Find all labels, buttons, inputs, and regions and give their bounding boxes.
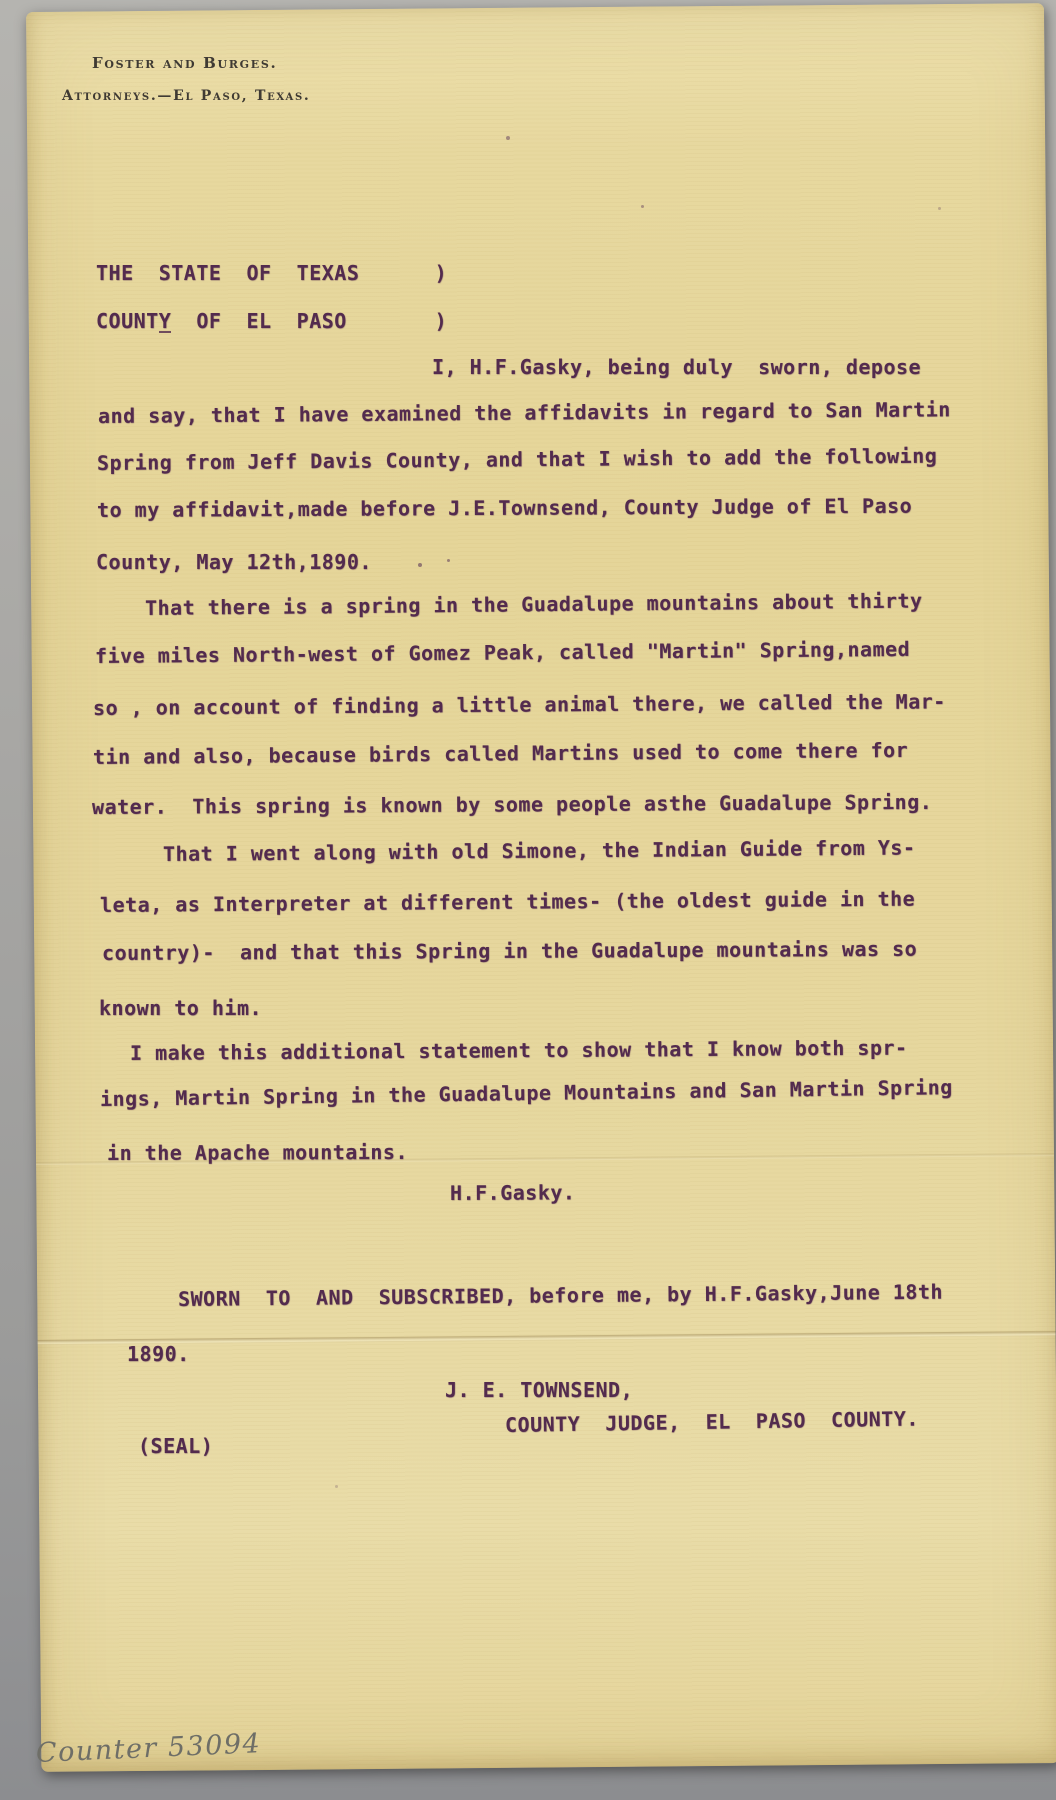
affidavit-line: tin and also, because birds called Marti… <box>93 739 908 768</box>
affidavit-line: and say, that I have examined the affida… <box>98 398 951 427</box>
document-content: Foster and Burges. Attorneys.—El Paso, T… <box>0 0 1056 1800</box>
affiant-signature: H.F.Gasky. <box>450 1181 576 1204</box>
affidavit-line: I make this additional statement to show… <box>130 1037 908 1064</box>
affidavit-line: Spring from Jeff Davis County, and that … <box>97 445 937 474</box>
officer-name: J. E. TOWNSEND, <box>445 1379 633 1401</box>
handwritten-archive-number: Counter 53094 <box>35 1728 262 1769</box>
photographed-document: Foster and Burges. Attorneys.—El Paso, T… <box>0 0 1056 1800</box>
affidavit-line: country)- and that this Spring in the Gu… <box>102 938 917 964</box>
affidavit-line: five miles North-west of Gomez Peak, cal… <box>95 638 910 667</box>
affidavit-line: known to him. <box>99 997 262 1019</box>
letterhead-address: Attorneys.—El Paso, Texas. <box>62 88 310 104</box>
affidavit-line: That there is a spring in the Guadalupe … <box>145 590 923 619</box>
seal-notation: (SEAL) <box>138 1435 213 1457</box>
affidavit-line: in the Apache mountains. <box>107 1141 408 1164</box>
ink-speck <box>938 207 941 210</box>
affidavit-line: leta, as Interpreter at different times-… <box>100 888 915 916</box>
letterhead-firm-name: Foster and Burges. <box>92 54 277 72</box>
caption-county-line: COUNTY OF EL PASO ) <box>96 310 447 332</box>
ink-speck <box>335 1485 338 1488</box>
officer-title: COUNTY JUDGE, EL PASO COUNTY. <box>505 1408 919 1436</box>
affidavit-line: I, H.F.Gasky, being duly sworn, depose <box>432 356 921 378</box>
affidavit-line: That I went along with old Simone, the I… <box>163 836 916 865</box>
ink-speck <box>447 559 450 562</box>
typo-underline <box>159 331 171 333</box>
ink-speck <box>418 563 422 567</box>
affidavit-line: so , on account of finding a little anim… <box>93 690 946 719</box>
affidavit-line: County, May 12th,1890. <box>96 551 372 573</box>
jurat-sworn-line: SWORN TO AND SUBSCRIBED, before me, by H… <box>178 1281 943 1310</box>
ink-speck <box>641 205 644 208</box>
affidavit-line: ings, Martin Spring in the Guadalupe Mou… <box>100 1076 953 1110</box>
affidavit-line: to my affidavit,made before J.E.Townsend… <box>97 495 912 521</box>
caption-state-line: THE STATE OF TEXAS ) <box>96 262 447 284</box>
affidavit-line: water. This spring is known by some peop… <box>92 791 932 818</box>
jurat-year: 1890. <box>127 1343 190 1365</box>
ink-speck <box>506 136 510 140</box>
